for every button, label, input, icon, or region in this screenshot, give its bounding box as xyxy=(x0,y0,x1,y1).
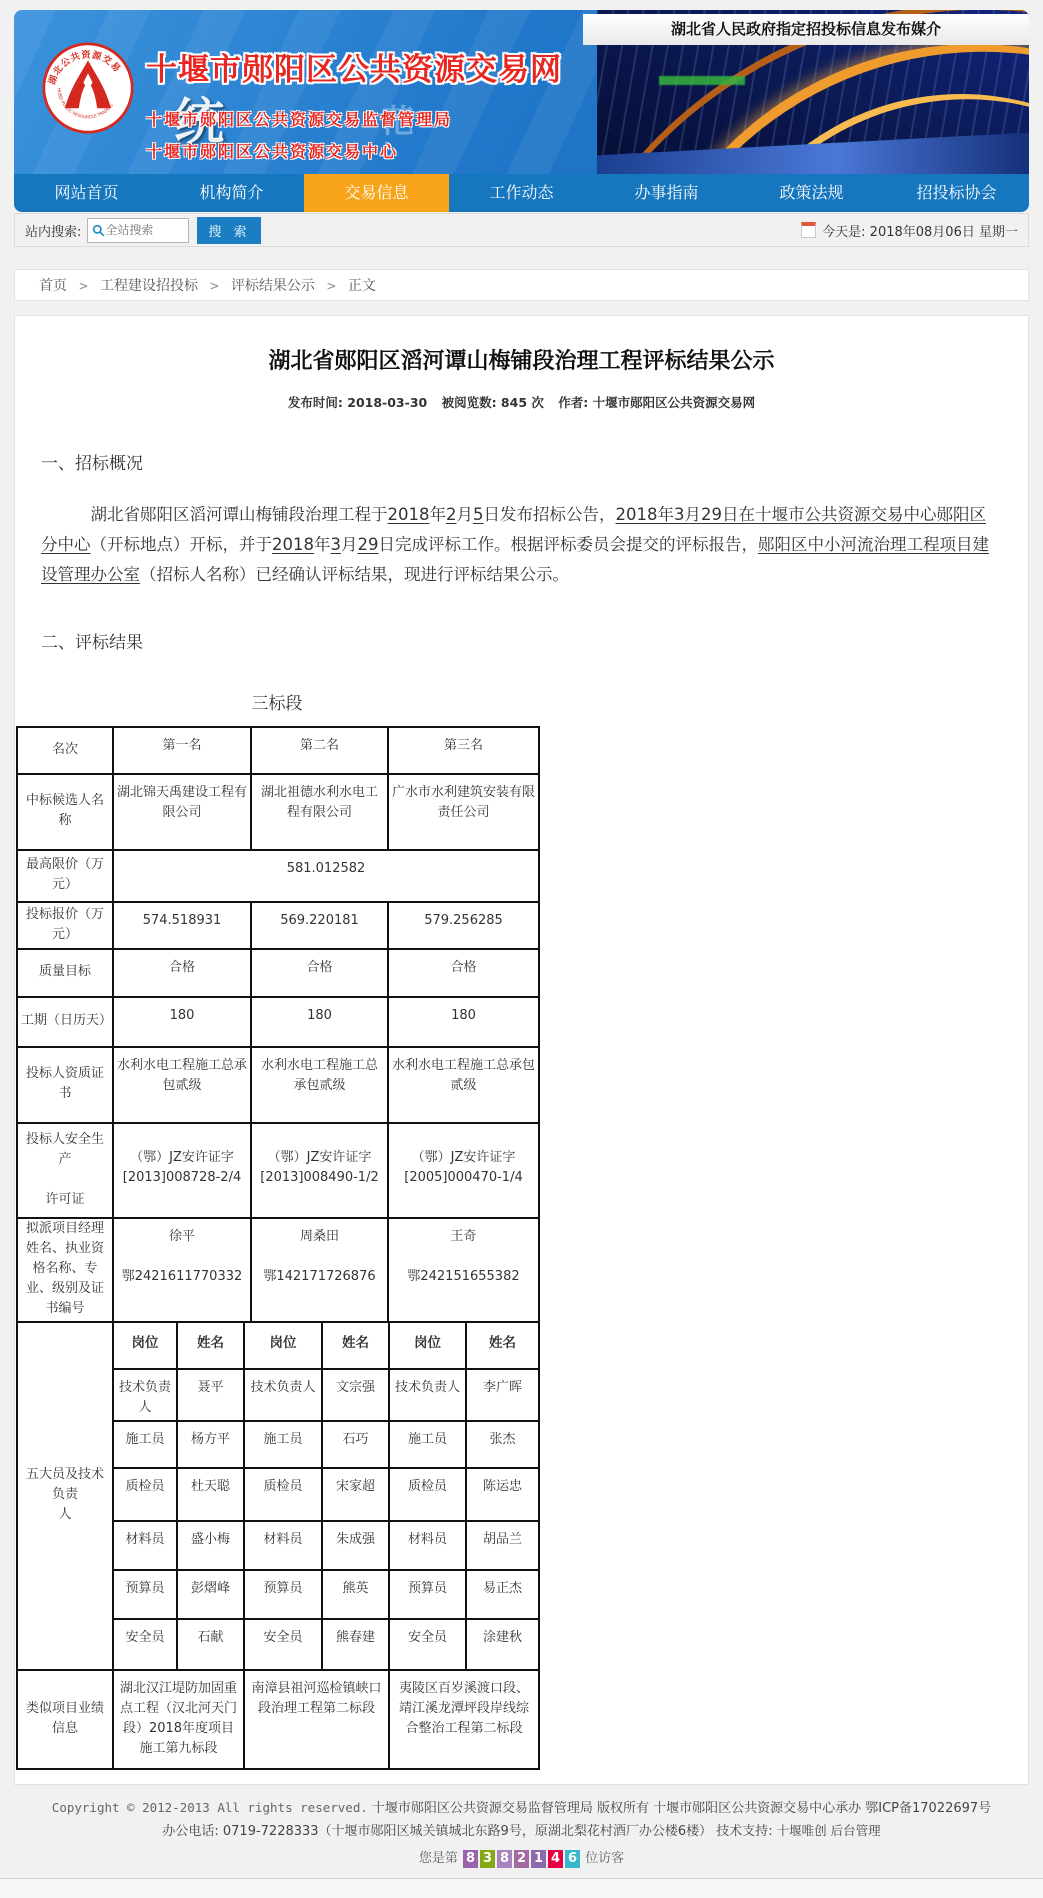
cell-position: 质检员 xyxy=(244,1468,322,1521)
search-label: 站内搜索: xyxy=(25,221,81,240)
column-header: 姓名 xyxy=(466,1322,539,1369)
article-content: 湖北省郧阳区滔河谭山梅铺段治理工程评标结果公示 发布时间: 2018-03-30… xyxy=(14,315,1029,1785)
breadcrumb-construction-bidding[interactable]: 工程建设招投标 xyxy=(100,278,198,294)
column-header: 岗位 xyxy=(113,1322,177,1369)
cell-name: 易正杰 xyxy=(466,1570,539,1619)
visitor-prefix: 您是第 xyxy=(419,1851,458,1866)
cell-name: 熊英 xyxy=(322,1570,389,1619)
cell-value: 569.220181 xyxy=(251,902,388,949)
cell-name: 胡品兰 xyxy=(466,1521,539,1570)
author: 作者: 十堰市郧阳区公共资源交易网 xyxy=(558,395,755,410)
site-logo-seal-icon[interactable]: 湖北公共资源交易 HUBEI PUBLIC RESOURCES TRADING xyxy=(42,42,134,134)
org-subtitle-1: 十堰市郧阳区公共资源交易监督管理局 xyxy=(146,107,562,130)
nav-item-trade-info[interactable]: 交易信息 xyxy=(304,174,449,212)
cell-value: 广水市水利建筑安装有限责任公司 xyxy=(388,774,539,850)
row-label: 投标人安全生产 许可证 xyxy=(17,1123,113,1218)
nav-item-work-news[interactable]: 工作动态 xyxy=(449,174,594,212)
nav-item-association[interactable]: 招投标协会 xyxy=(884,174,1029,212)
cell-position: 预算员 xyxy=(113,1570,177,1619)
cell-value: 180 xyxy=(251,997,388,1047)
cell-value: 合格 xyxy=(113,949,251,997)
visitor-counter-digit: 8 xyxy=(497,1850,512,1868)
page-title: 湖北省郧阳区滔河谭山梅铺段治理工程评标结果公示 xyxy=(15,316,1028,375)
breadcrumb: 首页 > 工程建设招投标 > 评标结果公示 > 正文 xyxy=(14,269,1029,301)
cell-value: （鄂）JZ安许证字 [2013]008728-2/4 xyxy=(113,1123,251,1218)
staff-table: 五大员及技术负责 人 岗位 姓名 岗位 姓名 岗位 姓名 技术负责人 聂平 技术… xyxy=(16,1321,540,1770)
contact-line: 办公电话: 0719-7228333（十堰市郧阳区城关镇城北东路9号，原湖北梨花… xyxy=(0,1820,1043,1843)
visitor-counter-digit: 8 xyxy=(463,1850,478,1868)
table-row: 工期（日历天） 180 180 180 xyxy=(17,997,539,1047)
footer-bottom-strip xyxy=(0,1878,1043,1898)
site-footer: Copyright © 2012-2013 All rights reserve… xyxy=(0,1785,1043,1898)
cell-value: 南漳县祖河巡检镇峡口段治理工程第二标段 xyxy=(244,1670,389,1769)
table-row: 中标候选人名称 湖北锦天禹建设工程有限公司 湖北祖德水利水电工程有限公司 广水市… xyxy=(17,774,539,850)
row-label: 最高限价（万元） xyxy=(17,850,113,902)
cell-position: 材料员 xyxy=(113,1521,177,1570)
cell-position: 安全员 xyxy=(389,1619,466,1670)
visitor-suffix: 位访客 xyxy=(585,1851,624,1866)
cell-value: 574.518931 xyxy=(113,902,251,949)
row-label: 投标报价（万元） xyxy=(17,902,113,949)
row-label: 中标候选人名称 xyxy=(17,774,113,850)
visitor-counter: 您是第 8382146 位访客 xyxy=(0,1847,1043,1868)
table-row: 投标人资质证书 水利水电工程施工总承包贰级 水利水电工程施工总承包贰级 水利水电… xyxy=(17,1047,539,1123)
tech-support-link[interactable]: 十堰唯创 xyxy=(777,1823,827,1838)
bid-result-table: 名次 第一名 第二名 第三名 中标候选人名称 湖北锦天禹建设工程有限公司 湖北祖… xyxy=(16,726,540,1323)
cell-name: 石巧 xyxy=(322,1421,389,1468)
table-row: 类似项目业绩信息 湖北汉江堤防加固重点工程（汉北河天门段）2018年度项目施工第… xyxy=(17,1670,539,1769)
cell-value: 周桑田 鄂142171726876 xyxy=(251,1218,388,1322)
cell-name: 陈运忠 xyxy=(466,1468,539,1521)
cell-value: 水利水电工程施工总承包贰级 xyxy=(251,1047,388,1123)
visitor-counter-digit: 4 xyxy=(548,1850,563,1868)
cell-position: 预算员 xyxy=(389,1570,466,1619)
column-header: 姓名 xyxy=(322,1322,389,1369)
breadcrumb-current-article: 正文 xyxy=(348,278,376,294)
nav-item-about[interactable]: 机构简介 xyxy=(159,174,304,212)
cell-name: 杨方平 xyxy=(177,1421,244,1468)
row-label: 工期（日历天） xyxy=(17,997,113,1047)
cell-value: 180 xyxy=(388,997,539,1047)
row-label: 五大员及技术负责 人 xyxy=(17,1322,113,1670)
cell-position: 材料员 xyxy=(244,1521,322,1570)
site-title: 十堰市郧阳区公共资源交易网 xyxy=(146,44,562,89)
office-contact-text: 办公电话: 0719-7228333（十堰市郧阳区城关镇城北东路9号，原湖北梨花… xyxy=(162,1824,772,1839)
main-nav: 网站首页 机构简介 交易信息 工作动态 办事指南 政策法规 招投标协会 xyxy=(14,174,1029,212)
cell-name: 朱成强 xyxy=(322,1521,389,1570)
row-label: 投标人资质证书 xyxy=(17,1047,113,1123)
cell-name: 李广晖 xyxy=(466,1369,539,1421)
publish-time: 发布时间: 2018-03-30 xyxy=(288,395,427,410)
cell-value: 579.256285 xyxy=(388,902,539,949)
search-input-box[interactable] xyxy=(87,218,189,243)
breadcrumb-evaluation-results[interactable]: 评标结果公示 xyxy=(231,278,315,294)
cell-value: 合格 xyxy=(251,949,388,997)
admin-backend-link[interactable]: 后台管理 xyxy=(831,1823,881,1838)
cell-value: 夷陵区百岁溪渡口段、靖江溪龙潭坪段岸线综合整治工程第二标段 xyxy=(389,1670,539,1769)
visitor-counter-digit: 6 xyxy=(565,1850,580,1868)
cell-value: 王奇 鄂242151655382 xyxy=(388,1218,539,1322)
cell-value: 湖北锦天禹建设工程有限公司 xyxy=(113,774,251,850)
cell-value: 水利水电工程施工总承包贰级 xyxy=(113,1047,251,1123)
search-bar: 站内搜索: 搜 索 今天是: 2018年08月06日 星期一 xyxy=(14,213,1029,247)
calendar-icon xyxy=(801,222,816,238)
column-header: 第二名 xyxy=(251,727,388,774)
cell-name: 彭熠峰 xyxy=(177,1570,244,1619)
cell-value: 水利水电工程施工总承包贰级 xyxy=(388,1047,539,1123)
copyright-line: Copyright © 2012-2013 All rights reserve… xyxy=(0,1797,1043,1820)
cell-position: 预算员 xyxy=(244,1570,322,1619)
table-row: 五大员及技术负责 人 岗位 姓名 岗位 姓名 岗位 姓名 xyxy=(17,1322,539,1369)
cell-value: 581.012582 xyxy=(113,850,539,902)
today-date-text: 今天是: 2018年08月06日 星期一 xyxy=(822,221,1018,240)
cell-value: 湖北汉江堤防加固重点工程（汉北河天门段）2018年度项目施工第九标段 xyxy=(113,1670,244,1769)
cell-position: 安全员 xyxy=(244,1619,322,1670)
table-row: 投标人安全生产 许可证 （鄂）JZ安许证字 [2013]008728-2/4 （… xyxy=(17,1123,539,1218)
table-row: 最高限价（万元） 581.012582 xyxy=(17,850,539,902)
column-header: 第三名 xyxy=(388,727,539,774)
cell-value: （鄂）JZ安许证字 [2013]008490-1/2 xyxy=(251,1123,388,1218)
cell-name: 聂平 xyxy=(177,1369,244,1421)
cell-value: 合格 xyxy=(388,949,539,997)
search-input[interactable] xyxy=(105,223,177,237)
cell-name: 杜天聪 xyxy=(177,1468,244,1521)
org-subtitle-2: 十堰市郧阳区公共资源交易中心 xyxy=(146,139,562,162)
section-heading-results: 二、评标结果 xyxy=(41,628,1028,653)
nav-item-policy[interactable]: 政策法规 xyxy=(739,174,884,212)
cell-position: 施工员 xyxy=(389,1421,466,1468)
column-header: 第一名 xyxy=(113,727,251,774)
cell-name: 熊春建 xyxy=(322,1619,389,1670)
article-meta: 发布时间: 2018-03-30 被阅览数: 845 次 作者: 十堰市郧阳区公… xyxy=(15,393,1028,411)
overview-paragraph: 湖北省郧阳区滔河谭山梅铺段治理工程于2018年2月5日发布招标公告，2018年3… xyxy=(41,500,1000,590)
column-header: 姓名 xyxy=(177,1322,244,1369)
cell-value: 湖北祖德水利水电工程有限公司 xyxy=(251,774,388,850)
nav-item-home[interactable]: 网站首页 xyxy=(14,174,159,212)
cell-position: 技术负责人 xyxy=(113,1369,177,1421)
cell-position: 施工员 xyxy=(244,1421,322,1468)
column-header: 岗位 xyxy=(389,1322,466,1369)
cell-position: 施工员 xyxy=(113,1421,177,1468)
cell-position: 质检员 xyxy=(389,1468,466,1521)
cell-value: （鄂）JZ安许证字 [2005]000470-1/4 xyxy=(388,1123,539,1218)
table-row: 名次 第一名 第二名 第三名 xyxy=(17,727,539,774)
table-row: 投标报价（万元） 574.518931 569.220181 579.25628… xyxy=(17,902,539,949)
cell-position: 技术负责人 xyxy=(389,1369,466,1421)
row-label: 质量目标 xyxy=(17,949,113,997)
column-header: 岗位 xyxy=(244,1322,322,1369)
table-caption: 三标段 xyxy=(15,689,539,714)
row-label: 名次 xyxy=(17,727,113,774)
visitor-counter-digit: 2 xyxy=(514,1850,529,1868)
nav-item-service-guide[interactable]: 办事指南 xyxy=(594,174,739,212)
cell-name: 张杰 xyxy=(466,1421,539,1468)
cell-name: 盛小梅 xyxy=(177,1521,244,1570)
cell-name: 文宗强 xyxy=(322,1369,389,1421)
search-icon xyxy=(92,224,105,237)
cell-position: 技术负责人 xyxy=(244,1369,322,1421)
view-count: 被阅览数: 845 次 xyxy=(442,395,544,410)
visitor-counter-digit: 1 xyxy=(531,1850,546,1868)
search-button[interactable]: 搜 索 xyxy=(197,217,261,244)
media-banner: 湖北省人民政府指定招投标信息发布媒介 xyxy=(583,14,1029,45)
cell-value: 180 xyxy=(113,997,251,1047)
cell-name: 宋家超 xyxy=(322,1468,389,1521)
table-row: 拟派项目经理姓名、执业资格名称、专业、级别及证书编号 徐平 鄂242161177… xyxy=(17,1218,539,1322)
visitor-counter-digit: 3 xyxy=(480,1850,495,1868)
table-row: 质量目标 合格 合格 合格 xyxy=(17,949,539,997)
row-label: 类似项目业绩信息 xyxy=(17,1670,113,1769)
row-label: 拟派项目经理姓名、执业资格名称、专业、级别及证书编号 xyxy=(17,1218,113,1322)
section-heading-overview: 一、招标概况 xyxy=(41,449,1028,474)
copyright-text-en: Copyright © 2012-2013 All rights reserve… xyxy=(52,1800,368,1815)
breadcrumb-home[interactable]: 首页 xyxy=(39,278,67,294)
cell-position: 安全员 xyxy=(113,1619,177,1670)
site-header: 统 范 湖北省人民政府指定招投标信息发布媒介 湖北公共资源交易 HUBEI PU… xyxy=(14,10,1029,174)
cell-name: 石献 xyxy=(177,1619,244,1670)
copyright-text-cn: 十堰市郧阳区公共资源交易监督管理局 版权所有 十堰市郧阳区公共资源交易中心承办 … xyxy=(372,1801,991,1816)
cell-position: 材料员 xyxy=(389,1521,466,1570)
cell-name: 涂建秋 xyxy=(466,1619,539,1670)
cell-value: 徐平 鄂2421611770332 xyxy=(113,1218,251,1322)
cell-position: 质检员 xyxy=(113,1468,177,1521)
